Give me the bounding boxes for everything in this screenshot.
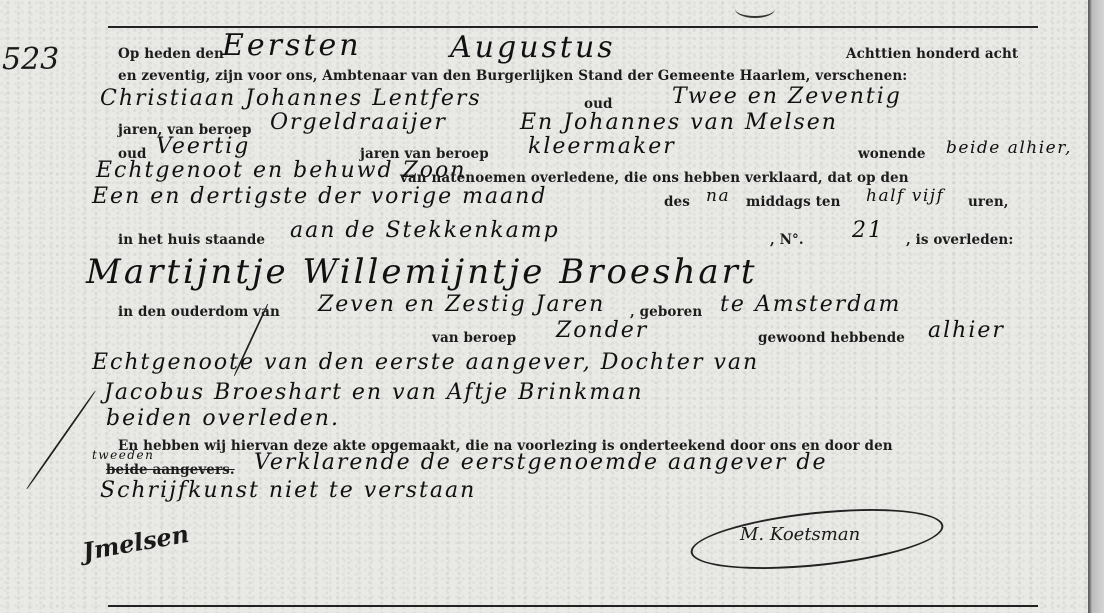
printed-wonende: wonende (858, 146, 926, 162)
hand-time-of-day: na (706, 186, 730, 206)
record-number: 523 (2, 42, 59, 77)
hand-declarant2-occupation: kleermaker (528, 134, 676, 159)
hand-month: Augustus (450, 30, 616, 65)
pen-flourish (26, 390, 96, 489)
hand-birthplace: te Amsterdam (720, 292, 901, 317)
bottom-rule (108, 605, 1038, 607)
printed-no: , N°. (770, 232, 804, 248)
printed-uren: uren, (968, 194, 1009, 210)
hand-last-residence: alhier (928, 318, 1005, 343)
signature-declarant: Jmelsen (80, 519, 191, 566)
printed-gewoond: gewoond hebbende (758, 330, 905, 346)
hand-closing-1: Verklarende de eerstgenoemde aangever de (254, 450, 828, 475)
hand-declarant2-age: Veertig (156, 134, 250, 159)
hand-deceased-name: Martijntje Willemijntje Broeshart (86, 252, 758, 292)
printed-op-heden: Op heden den (118, 46, 224, 62)
hand-remark-1: Echtgenoote van den eerste aangever, Doc… (92, 350, 759, 375)
printed-overleden: , is overleden: (906, 232, 1013, 248)
hand-closing-2: Schrijfkunst niet te verstaan (100, 478, 476, 503)
hand-declarant1-occupation: Orgeldraaijer (270, 110, 447, 135)
hand-age: Zeven en Zestig Jaren (318, 292, 605, 317)
signature-official: M. Koetsman (690, 508, 950, 578)
hand-remark-2: Jacobus Broeshart en van Aftje Brinkman (104, 380, 643, 405)
hand-house-number: 21 (852, 218, 884, 243)
printed-aangevers: beide aangevers. (106, 462, 235, 478)
hand-margin-note: tweeden (92, 448, 154, 462)
printed-ouderdom: in den ouderdom van (118, 304, 280, 320)
printed-beroep-3: van beroep (432, 330, 516, 346)
page-binding-edge (1088, 0, 1104, 613)
hand-street: aan de Stekkenkamp (290, 218, 560, 243)
death-record-page: 523 Op heden den Eersten Augustus Achtti… (0, 0, 1088, 613)
printed-huis: in het huis staande (118, 232, 265, 248)
hand-occupation: Zonder (556, 318, 648, 343)
printed-des: des (664, 194, 690, 210)
signature-official-name: M. Koetsman (740, 524, 860, 545)
hand-declarant1-name: Christiaan Johannes Lentfers (100, 86, 482, 111)
hand-death-day: Een en dertigste der vorige maand (92, 184, 547, 209)
printed-year: Achttien honderd acht (846, 46, 1018, 62)
hand-declarant1-age: Twee en Zeventig (672, 84, 902, 109)
stamp-fragment (735, 0, 775, 18)
printed-middags: middags ten (746, 194, 841, 210)
hand-remark-3: beiden overleden. (106, 406, 340, 431)
hand-declarant2-name: En Johannes van Melsen (520, 110, 838, 135)
printed-line-2: en zeventig, zijn voor ons, Ambtenaar va… (118, 68, 907, 84)
hand-residence: beide alhier, (946, 138, 1072, 158)
hand-hour: half vijf (866, 186, 944, 206)
hand-day: Eersten (222, 28, 362, 63)
